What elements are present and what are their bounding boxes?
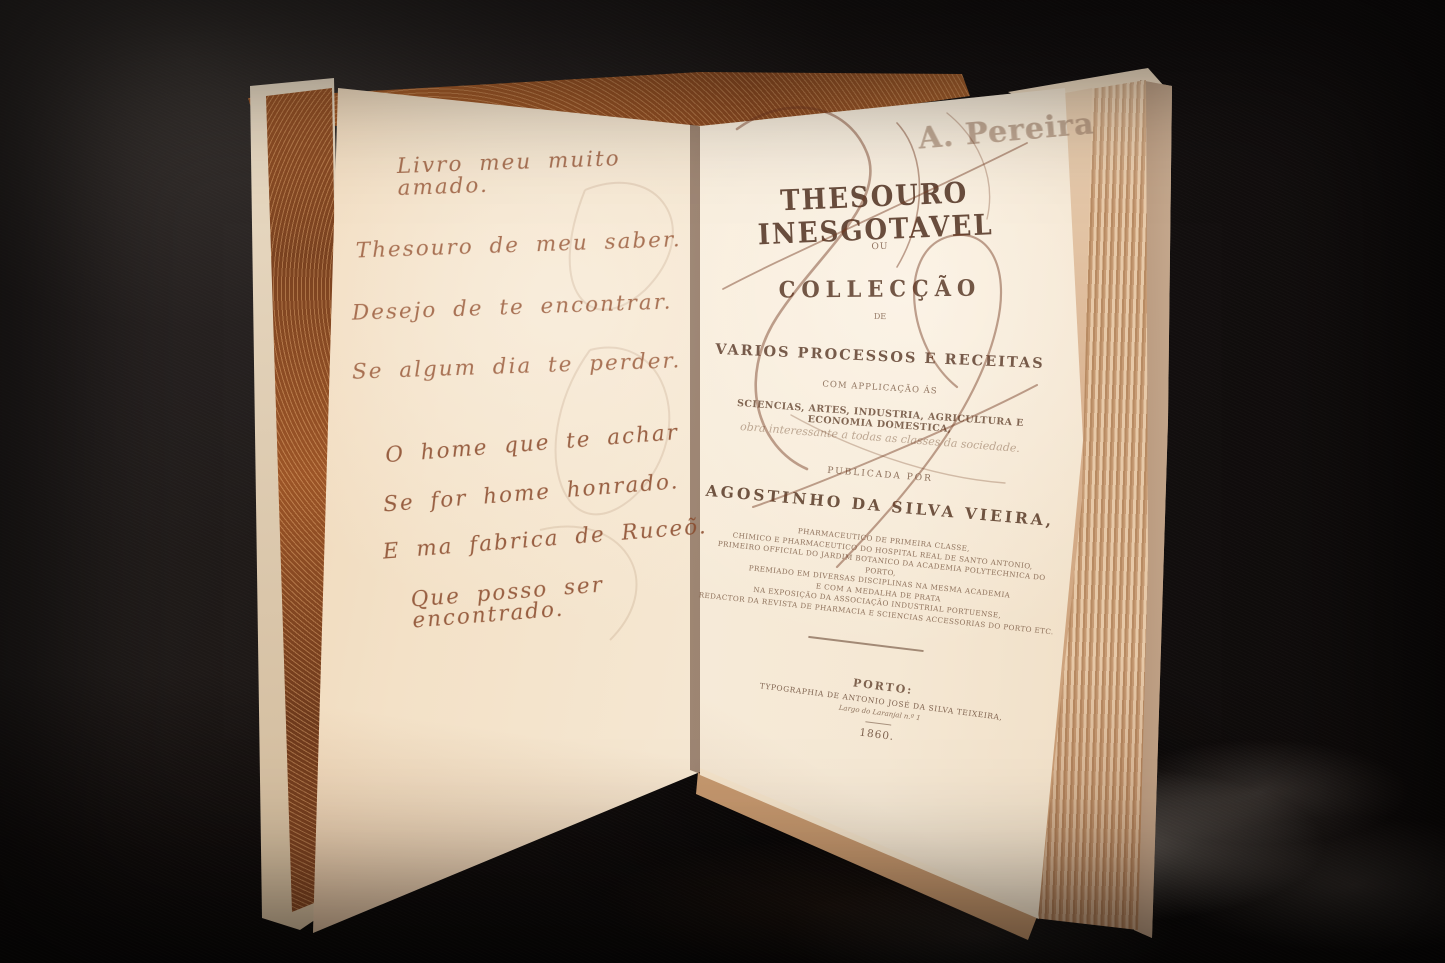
handwriting-line: Se for home honrado. — [354, 467, 715, 517]
handwriting-line: E ma fabrica de Ruceõ. — [358, 515, 719, 565]
handwritten-inscription: Livro meu muito amado. Thesouro de meu s… — [340, 129, 718, 661]
handwriting-line: Thesouro de meu saber. — [343, 228, 704, 262]
handwriting-line: Que posso ser encontrado. — [362, 564, 724, 635]
photo-antique-book: Livro meu muito amado. Thesouro de meu s… — [0, 0, 1445, 963]
handwriting-line: Desejo de te encontrar. — [346, 290, 707, 324]
handwriting-line: Se algum dia te perder. — [348, 349, 709, 383]
handwriting-line: Livro meu muito amado. — [341, 145, 702, 201]
handwriting-line: O home que te achar — [351, 419, 712, 469]
ink-flourish — [695, 85, 1095, 705]
handwriting-stanza-2: O home que te achar Se for home honrado.… — [351, 419, 725, 635]
imprint-rule — [865, 721, 891, 725]
